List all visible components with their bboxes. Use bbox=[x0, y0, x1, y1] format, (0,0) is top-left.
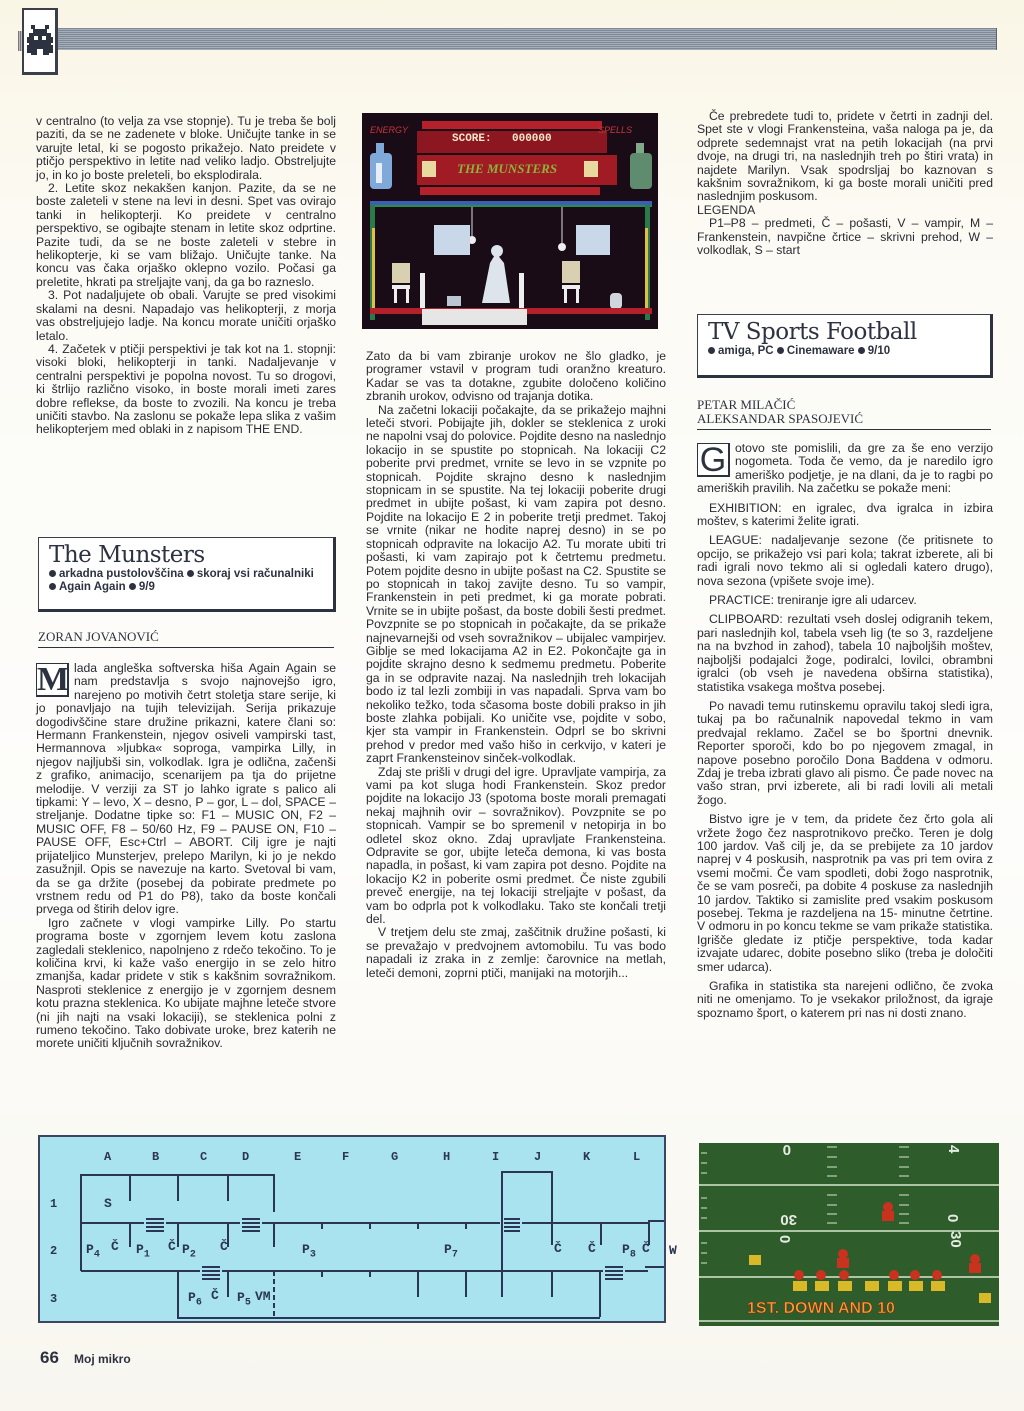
bullet-icon bbox=[708, 347, 715, 354]
review-title: TV Sports Football bbox=[708, 319, 980, 345]
bullet-icon bbox=[49, 570, 56, 577]
svg-text:30: 30 bbox=[780, 1211, 797, 1228]
svg-text:0: 0 bbox=[776, 1235, 793, 1243]
map-monster: Č bbox=[642, 1241, 650, 1256]
author-byline: PETAR MILAČIĆ ALEKSANDAR SPASOJEVIĆ bbox=[697, 398, 991, 430]
review-title: The Munsters bbox=[49, 542, 323, 568]
map-monster: Č bbox=[588, 1241, 596, 1256]
map-monster: Č bbox=[220, 1239, 228, 1254]
paragraph: Na začetni lokaciji počakajte, da se pri… bbox=[366, 404, 666, 766]
svg-text:1ST. DOWN AND 10: 1ST. DOWN AND 10 bbox=[747, 1300, 895, 1317]
map-item-p4: P4 bbox=[86, 1242, 100, 1261]
map-item-p5: P5 bbox=[237, 1290, 251, 1309]
dropcap: M bbox=[36, 663, 69, 697]
paragraph: Bistvo igre je v tem, da pridete čez črt… bbox=[697, 813, 993, 974]
paragraph: LEAGUE: nadaljevanje sezone (če pritisne… bbox=[697, 534, 993, 588]
map-werewolf-label: W bbox=[669, 1243, 677, 1258]
map-walls bbox=[40, 1137, 664, 1321]
map-item-p1: P1 bbox=[136, 1242, 150, 1261]
space-invader-icon bbox=[27, 23, 53, 59]
svg-text:000000: 000000 bbox=[512, 133, 552, 145]
paragraph: Grafika in statistika sta narejeni odlič… bbox=[697, 980, 993, 1020]
munsters-game-screenshot: ENERGY SCORE: 000000 SPELLS THE MUNSTERS bbox=[362, 113, 658, 329]
paragraph: 3. Pot nadaljujete ob obali. Varujte se … bbox=[36, 289, 336, 343]
paragraph: EXHIBITION: en igralec, dva igralca in i… bbox=[697, 502, 993, 529]
paragraph: Zdaj ste prišli v drugi del igre. Upravl… bbox=[366, 766, 666, 927]
paragraph: V tretjem delu ste zmaj, zaščitnik druži… bbox=[366, 926, 666, 980]
legend-text: P1–P8 – predmeti, Č – pošasti, V – vampi… bbox=[697, 217, 993, 257]
svg-text:0: 0 bbox=[944, 1214, 961, 1222]
paragraph: Igro začnete v vlogi vampirke Lilly. Po … bbox=[36, 917, 336, 1051]
page-number: 66 bbox=[40, 1348, 59, 1368]
munsters-body: M lada angleška softverska hiša Again Ag… bbox=[36, 662, 336, 1051]
map-start-label: S bbox=[104, 1196, 112, 1211]
bullet-icon bbox=[129, 583, 136, 590]
paragraph: v centralno (to velja za vse stopnje). T… bbox=[36, 115, 336, 182]
svg-text:ENERGY: ENERGY bbox=[370, 125, 409, 135]
map-item-p3: P3 bbox=[302, 1242, 316, 1261]
column-3-text: Če prebredete tudi to, pridete v četrti … bbox=[697, 110, 993, 257]
map-vampire-frankenstein: VM bbox=[255, 1289, 271, 1304]
paragraph: 2. Letite skoz nekakšen kanjon. Pazite, … bbox=[36, 182, 336, 289]
map-monster: Č bbox=[554, 1241, 562, 1256]
football-field: 0 30 0 4 0 30 1ST. DOWN AND bbox=[699, 1143, 999, 1326]
column-2-text: Zato da bi vam zbiranje urokov ne šlo gl… bbox=[366, 350, 666, 980]
football-body: G otovo ste pomislili, da gre za še eno … bbox=[697, 442, 993, 1020]
bullet-icon bbox=[49, 583, 56, 590]
paragraph: Če prebredete tudi to, pridete v četrti … bbox=[697, 110, 993, 204]
svg-text:THE MUNSTERS: THE MUNSTERS bbox=[457, 161, 557, 176]
magazine-name: Moj mikro bbox=[74, 1352, 131, 1366]
munsters-level-map: A B C D E F G H I J K L 1 2 3 bbox=[38, 1135, 666, 1323]
map-item-p8: P8 bbox=[622, 1242, 636, 1261]
munsters-review-header: The Munsters arkadna pustolovščina skora… bbox=[38, 537, 336, 612]
munsters-scene: ENERGY SCORE: 000000 SPELLS THE MUNSTERS bbox=[362, 113, 658, 329]
bullet-icon bbox=[777, 347, 784, 354]
author-byline: ZORAN JOVANOVIĆ bbox=[38, 630, 334, 648]
bullet-icon bbox=[858, 347, 865, 354]
map-monster: Č bbox=[111, 1239, 119, 1254]
paragraph: PRACTICE: treniranje igre ali udarcev. bbox=[697, 594, 993, 607]
column-1-text: v centralno (to velja za vse stopnje). T… bbox=[36, 115, 336, 437]
dropcap: G bbox=[697, 443, 730, 477]
header-bar bbox=[48, 28, 997, 50]
svg-text:4: 4 bbox=[945, 1145, 962, 1154]
map-item-p6: P6 bbox=[188, 1290, 202, 1309]
bullet-icon bbox=[187, 570, 194, 577]
review-meta: amiga, PC Cinemaware 9/10 bbox=[708, 345, 980, 358]
map-monster: Č bbox=[211, 1288, 219, 1303]
svg-text:30: 30 bbox=[947, 1231, 964, 1248]
football-game-screenshot: 0 30 0 4 0 30 1ST. DOWN AND bbox=[699, 1143, 999, 1326]
paragraph: CLIPBOARD: rezultati vseh doslej odigran… bbox=[697, 613, 993, 693]
map-monster: Č bbox=[168, 1239, 176, 1254]
paragraph: otovo ste pomislili, da gre za še eno ve… bbox=[697, 442, 993, 496]
paragraph: lada angleška softverska hiša Again Agai… bbox=[36, 662, 336, 917]
football-review-header: TV Sports Football amiga, PC Cinemaware … bbox=[697, 314, 993, 378]
paragraph: Zato da bi vam zbiranje urokov ne šlo gl… bbox=[366, 350, 666, 404]
section-logo bbox=[22, 8, 58, 75]
map-item-p2: P2 bbox=[182, 1242, 196, 1261]
svg-text:SPELLS: SPELLS bbox=[598, 125, 632, 135]
svg-text:0: 0 bbox=[783, 1143, 791, 1158]
paragraph: 4. Začetek v ptičji perspektivi je tak k… bbox=[36, 343, 336, 437]
paragraph: Po navadi temu rutinskemu opravilu takoj… bbox=[697, 700, 993, 807]
review-meta: arkadna pustolovščina skoraj vsi računal… bbox=[49, 568, 323, 594]
map-item-p7: P7 bbox=[444, 1242, 458, 1261]
svg-text:SCORE:: SCORE: bbox=[452, 133, 492, 145]
